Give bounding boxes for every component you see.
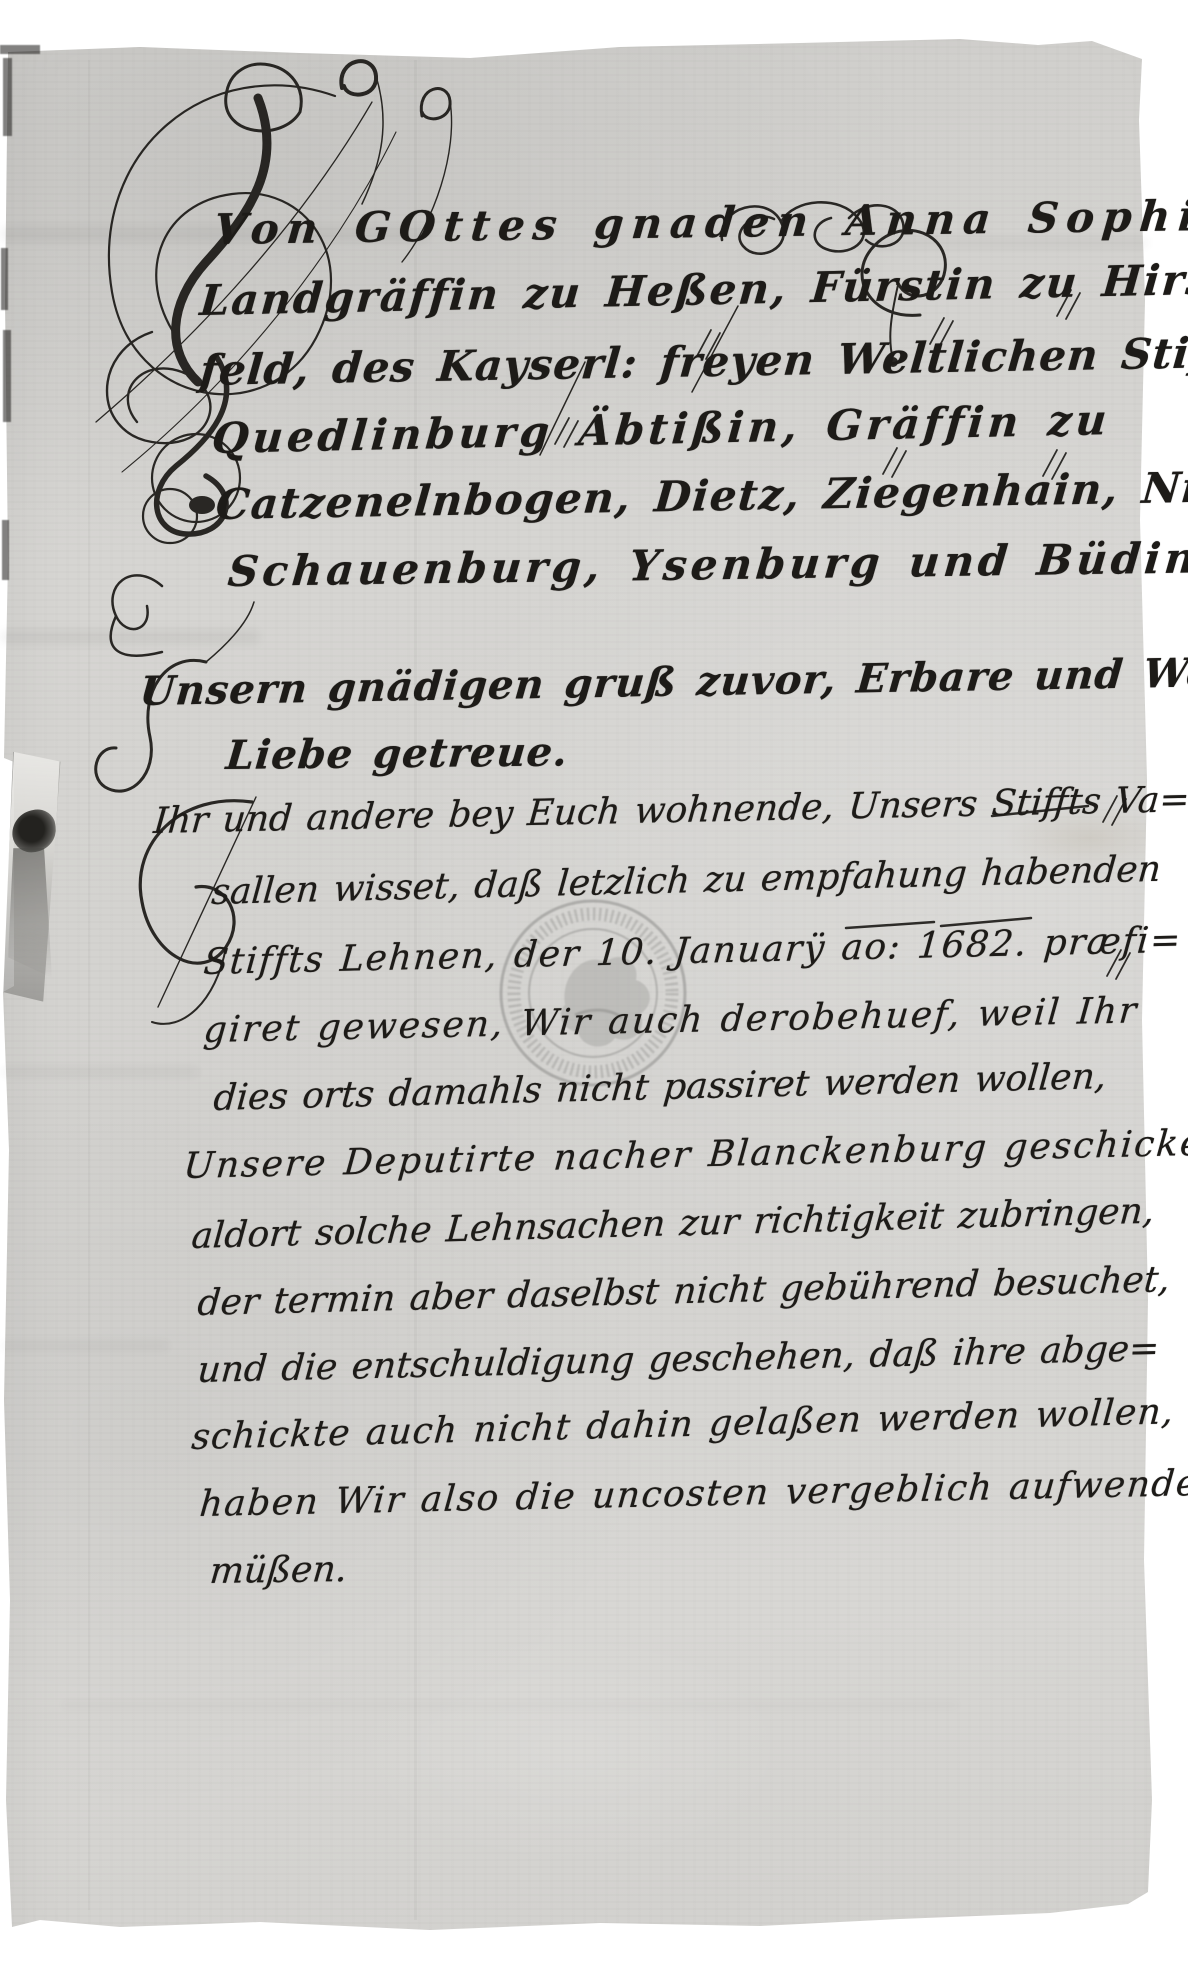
manuscript-line: müßen.: [208, 1549, 349, 1592]
manuscript-line: Liebe getreue.: [224, 728, 570, 779]
circular-ink-seal-stamp: [501, 901, 685, 1085]
manuscript-scan: Von GOttes gnaden Anna Sophia, Landgräff…: [0, 0, 1188, 1987]
